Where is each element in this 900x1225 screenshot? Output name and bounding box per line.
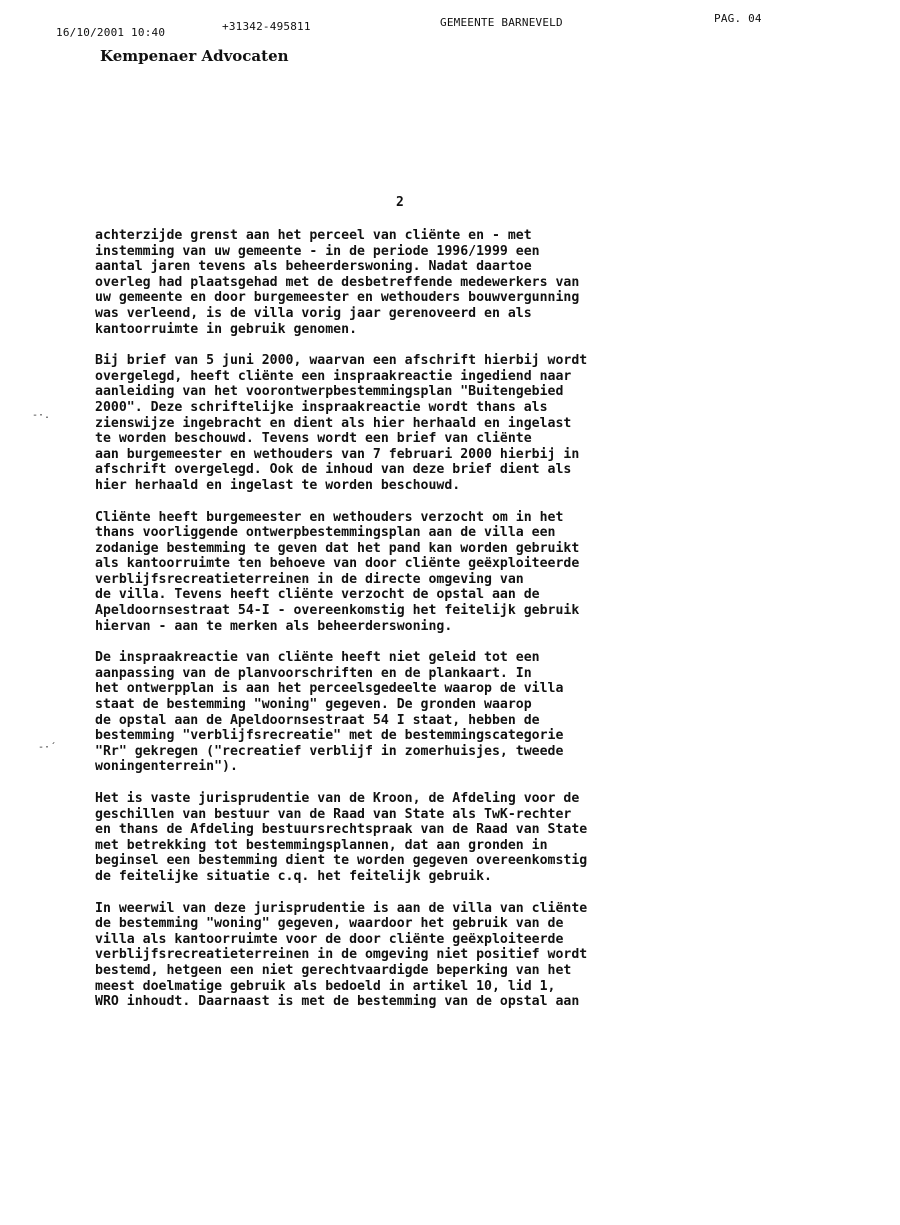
text-line: meest doelmatige gebruik als bedoeld in … — [95, 979, 556, 994]
text-line: overleg had plaatsgehad met de desbetref… — [95, 275, 579, 290]
text-line: beginsel een bestemming dient te worden … — [95, 853, 587, 868]
text-line: villa als kantoorruimte voor de door cli… — [95, 932, 563, 947]
text-line: De inspraakreactie van cliënte heeft nie… — [95, 650, 540, 665]
text-line: Apeldoornsestraat 54-I - overeenkomstig … — [95, 603, 579, 618]
text-line: afschrift overgelegd. Ook de inhoud van … — [95, 462, 571, 477]
text-line: hiervan - aan te merken als beheerderswo… — [95, 619, 452, 634]
text-line: kantoorruimte in gebruik genomen. — [95, 322, 357, 337]
paragraph: De inspraakreactie van cliënte heeft nie… — [95, 650, 735, 775]
text-line: thans voorliggende ontwerpbestemmingspla… — [95, 525, 556, 540]
text-line: verblijfsrecreatieterreinen in de direct… — [95, 572, 524, 587]
text-line: de villa. Tevens heeft cliënte verzocht … — [95, 587, 540, 602]
fax-page-number: PAG. 04 — [714, 12, 762, 25]
fax-phone-number: +31342-495811 — [222, 20, 311, 33]
paragraph: In weerwil van deze jurisprudentie is aa… — [95, 901, 735, 1010]
margin-mark: -·´ — [38, 742, 56, 753]
letterhead: Kempenaer Advocaten — [100, 47, 289, 65]
text-line: 2000". Deze schriftelijke inspraakreacti… — [95, 400, 548, 415]
text-line: met betrekking tot bestemmingsplannen, d… — [95, 838, 548, 853]
text-line: het ontwerpplan is aan het perceelsgedee… — [95, 681, 563, 696]
text-line: zienswijze ingebracht en dient als hier … — [95, 416, 571, 431]
text-line: aanleiding van het voorontwerpbestemming… — [95, 384, 563, 399]
text-line: zodanige bestemming te geven dat het pan… — [95, 541, 579, 556]
text-line: WRO inhoudt. Daarnaast is met de bestemm… — [95, 994, 579, 1009]
text-line: hier herhaald en ingelast te worden besc… — [95, 478, 460, 493]
text-line: bestemming "verblijfsrecreatie" met de b… — [95, 728, 563, 743]
page-number: 2 — [396, 195, 404, 210]
text-line: achterzijde grenst aan het perceel van c… — [95, 228, 532, 243]
text-line: Het is vaste jurisprudentie van de Kroon… — [95, 791, 579, 806]
text-line: de bestemming "woning" gegeven, waardoor… — [95, 916, 563, 931]
text-line: aan burgemeester en wethouders van 7 feb… — [95, 447, 579, 462]
text-line: "Rr" gekregen ("recreatief verblijf in z… — [95, 744, 563, 759]
text-line: te worden beschouwd. Tevens wordt een br… — [95, 431, 532, 446]
text-line: geschillen van bestuur van de Raad van S… — [95, 807, 571, 822]
text-line: overgelegd, heeft cliënte een inspraakre… — [95, 369, 571, 384]
text-line: instemming van uw gemeente - in de perio… — [95, 244, 540, 259]
paragraph: achterzijde grenst aan het perceel van c… — [95, 228, 735, 337]
text-line: was verleend, is de villa vorig jaar ger… — [95, 306, 532, 321]
text-line: Bij brief van 5 juni 2000, waarvan een a… — [95, 353, 587, 368]
text-line: bestemd, hetgeen een niet gerechtvaardig… — [95, 963, 571, 978]
text-line: In weerwil van deze jurisprudentie is aa… — [95, 901, 587, 916]
paragraph: Het is vaste jurisprudentie van de Kroon… — [95, 791, 735, 885]
text-line: uw gemeente en door burgemeester en weth… — [95, 290, 579, 305]
text-line: aantal jaren tevens als beheerderswoning… — [95, 259, 532, 274]
text-line: als kantoorruimte ten behoeve van door c… — [95, 556, 579, 571]
fax-datetime: 16/10/2001 10:40 — [56, 26, 165, 39]
text-line: Cliënte heeft burgemeester en wethouders… — [95, 510, 563, 525]
text-line: de opstal aan de Apeldoornsestraat 54 I … — [95, 713, 540, 728]
text-line: en thans de Afdeling bestuursrechtspraak… — [95, 822, 587, 837]
text-line: aanpassing van de planvoorschriften en d… — [95, 666, 532, 681]
text-line: de feitelijke situatie c.q. het feitelij… — [95, 869, 492, 884]
fax-sender: GEMEENTE BARNEVELD — [440, 16, 563, 29]
paragraph: Bij brief van 5 juni 2000, waarvan een a… — [95, 353, 735, 493]
paragraph: Cliënte heeft burgemeester en wethouders… — [95, 510, 735, 635]
letter-body: achterzijde grenst aan het perceel van c… — [95, 228, 735, 1026]
text-line: verblijfsrecreatieterreinen in de omgevi… — [95, 947, 587, 962]
text-line: woningenterrein"). — [95, 759, 238, 774]
margin-mark: -·. — [32, 410, 50, 421]
text-line: staat de bestemming "woning" gegeven. De… — [95, 697, 532, 712]
